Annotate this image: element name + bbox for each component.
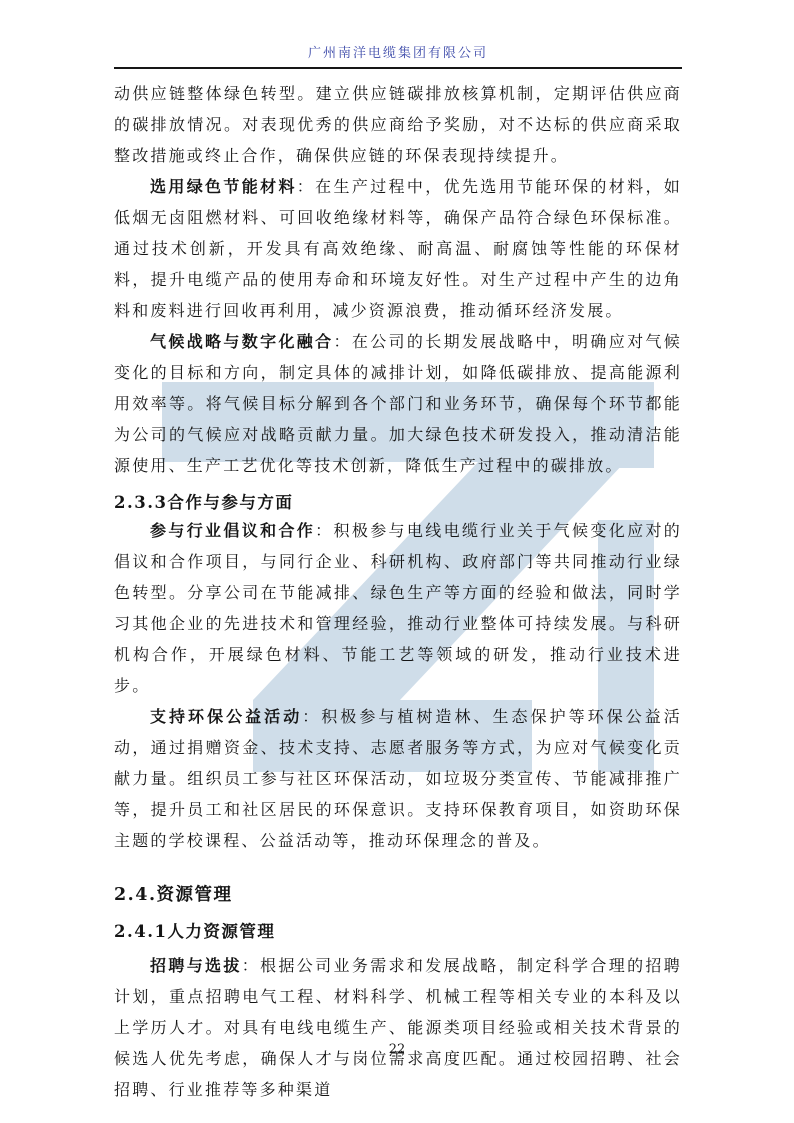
- paragraph-lead: 气候战略与数字化融合: [150, 332, 334, 351]
- section-heading-2-4-1: 2.4.1人力资源管理: [114, 920, 682, 944]
- paragraph-text: ：根据公司业务需求和发展战略，制定科学合理的招聘计划，重点招聘电气工程、材料科学…: [114, 956, 682, 1099]
- paragraph-supply-chain: 动供应链整体绿色转型。建立供应链碳排放核算机制，定期评估供应商的碳排放情况。对表…: [114, 78, 682, 171]
- paragraph-industry-initiatives: 参与行业倡议和合作：积极参与电线电缆行业关于气候变化应对的倡议和合作项目，与同行…: [114, 515, 682, 701]
- paragraph-lead: 选用绿色节能材料: [150, 177, 297, 196]
- paragraph-text: ：在公司的长期发展战略中，明确应对气候变化的目标和方向，制定具体的减排计划，如降…: [114, 332, 682, 475]
- header-company-name: 广州南洋电缆集团有限公司: [114, 46, 682, 62]
- paragraph-text: 动供应链整体绿色转型。建立供应链碳排放核算机制，定期评估供应商的碳排放情况。对表…: [114, 84, 682, 165]
- document-body: 动供应链整体绿色转型。建立供应链碳排放核算机制，定期评估供应商的碳排放情况。对表…: [114, 69, 682, 1105]
- paragraph-lead: 支持环保公益活动: [150, 707, 302, 726]
- document-page: 广州南洋电缆集团有限公司 动供应链整体绿色转型。建立供应链碳排放核算机制，定期评…: [0, 0, 794, 1123]
- paragraph-text: ：积极参与植树造林、生态保护等环保公益活动，通过捐赠资金、技术支持、志愿者服务等…: [114, 707, 682, 850]
- paragraph-green-materials: 选用绿色节能材料：在生产过程中，优先选用节能环保的材料，如低烟无卤阻燃材料、可回…: [114, 171, 682, 326]
- section-heading-2-3-3: 2.3.3合作与参与方面: [114, 491, 682, 515]
- paragraph-public-welfare: 支持环保公益活动：积极参与植树造林、生态保护等环保公益活动，通过捐赠资金、技术支…: [114, 701, 682, 856]
- paragraph-text: ：积极参与电线电缆行业关于气候变化应对的倡议和合作项目，与同行企业、科研机构、政…: [114, 521, 682, 695]
- section-heading-2-4: 2.4.资源管理: [114, 882, 682, 908]
- paragraph-lead: 招聘与选拔: [150, 956, 242, 975]
- paragraph-recruitment: 招聘与选拔：根据公司业务需求和发展战略，制定科学合理的招聘计划，重点招聘电气工程…: [114, 950, 682, 1105]
- paragraph-lead: 参与行业倡议和合作: [150, 521, 315, 540]
- paragraph-text: ：在生产过程中，优先选用节能环保的材料，如低烟无卤阻燃材料、可回收绝缘材料等，确…: [114, 177, 682, 320]
- page-content: 广州南洋电缆集团有限公司 动供应链整体绿色转型。建立供应链碳排放核算机制，定期评…: [0, 0, 794, 1105]
- paragraph-climate-strategy: 气候战略与数字化融合：在公司的长期发展战略中，明确应对气候变化的目标和方向，制定…: [114, 326, 682, 481]
- page-header: 广州南洋电缆集团有限公司: [114, 46, 682, 69]
- page-number: 22: [0, 1042, 794, 1057]
